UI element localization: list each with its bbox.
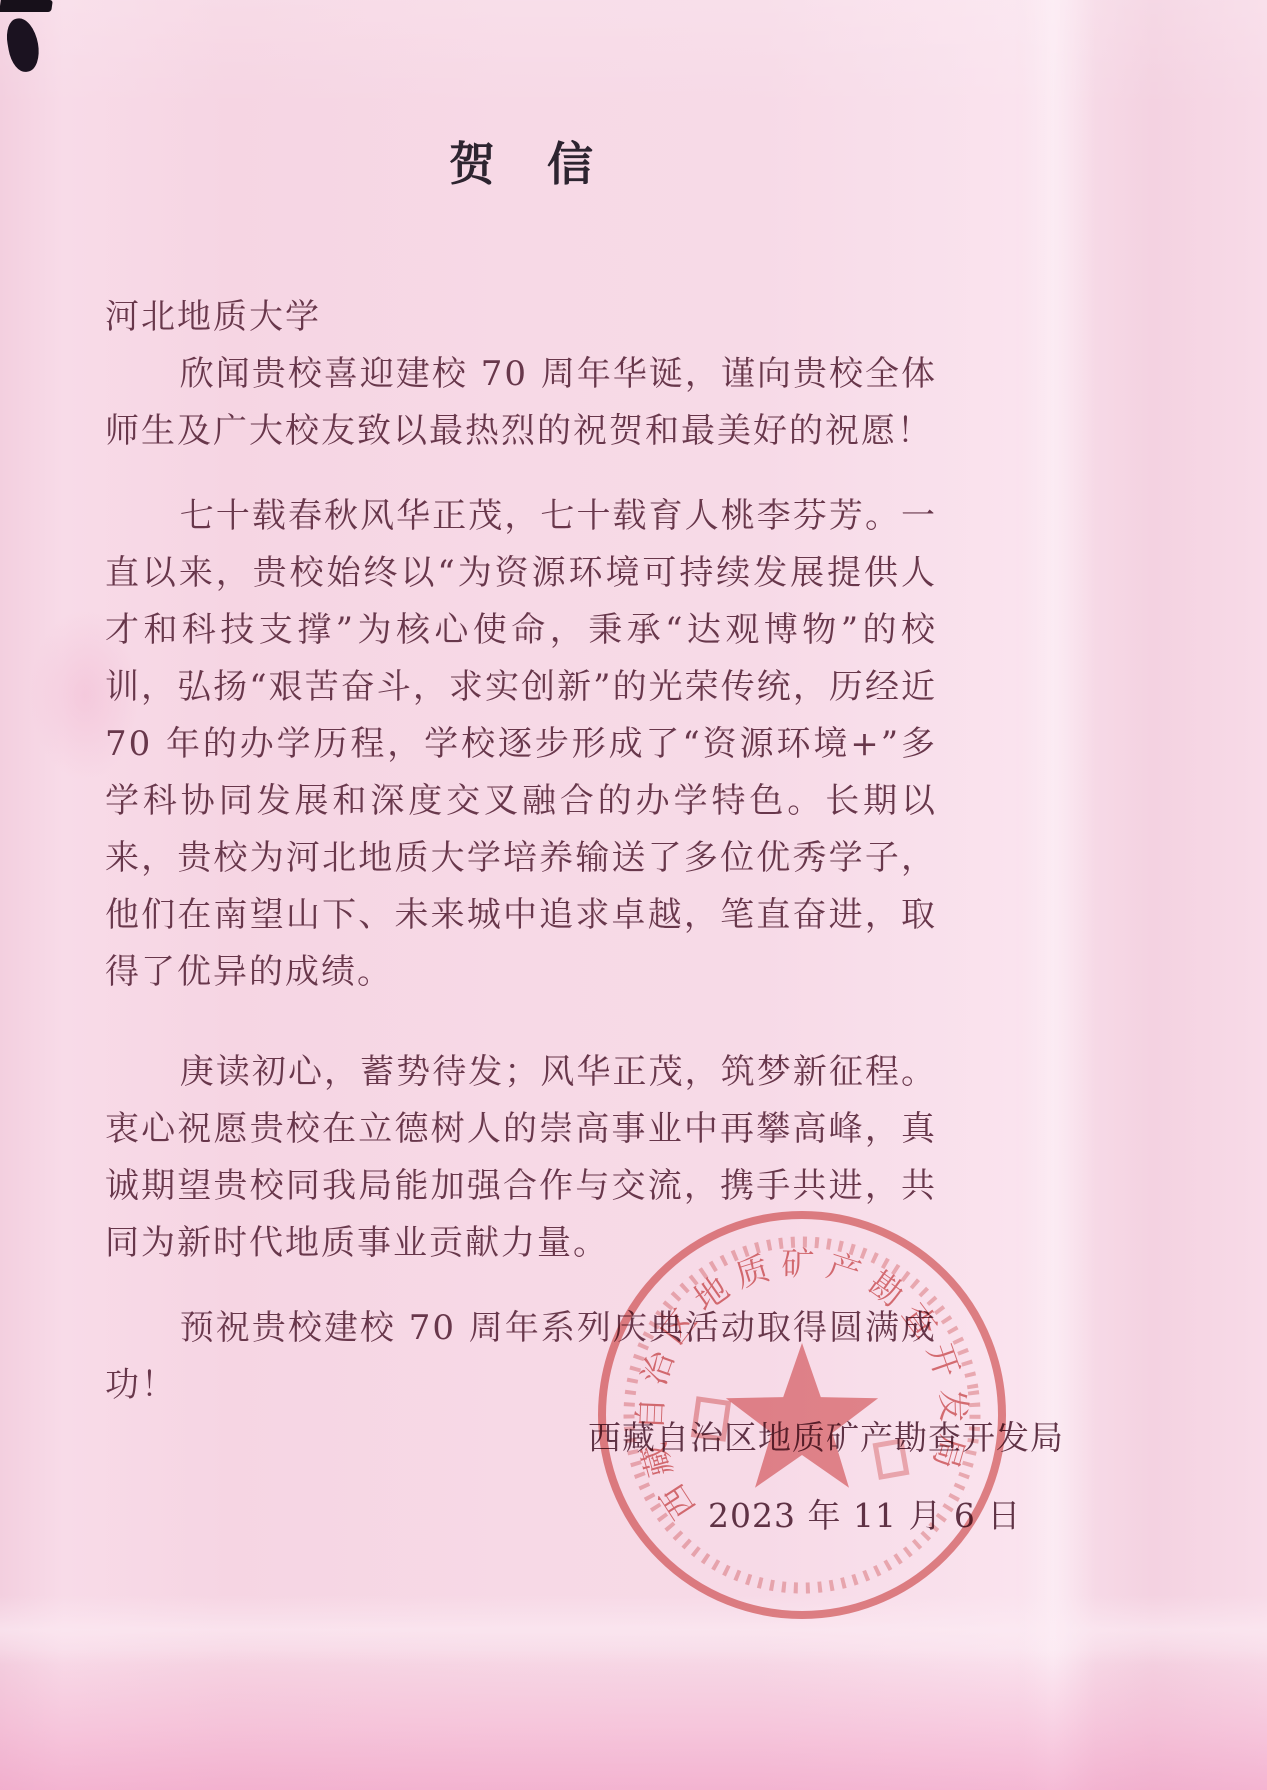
scan-corner-blob: [4, 16, 43, 74]
letter-salutation: 河北地质大学: [105, 289, 937, 346]
letter-title: 贺 信: [105, 128, 937, 194]
star-icon: [726, 1343, 878, 1488]
letter-paragraph-2: 七十载春秋风华正茂，七十载育人桃李芬芳。一直以来，贵校始终以“为资源环境可持续发…: [105, 488, 937, 1001]
letter-paragraph-1: 欣闻贵校喜迎建校 70 周年华诞，谨向贵校全体师生及广大校友致以最热烈的祝贺和最…: [105, 346, 937, 460]
scan-corner-strip: [0, 0, 53, 12]
seal-script-glyph-left: [694, 1399, 729, 1439]
scan-bottom-blotch: [0, 1650, 1267, 1790]
scanned-letter-page: 贺 信 河北地质大学 欣闻贵校喜迎建校 70 周年华诞，谨向贵校全体师生及广大校…: [0, 0, 1267, 1790]
seal-script-glyph-right: [875, 1441, 906, 1477]
scan-light-band: [1018, 0, 1096, 1790]
official-seal: 西藏自治区地质矿产勘查开发局: [592, 1205, 1012, 1625]
